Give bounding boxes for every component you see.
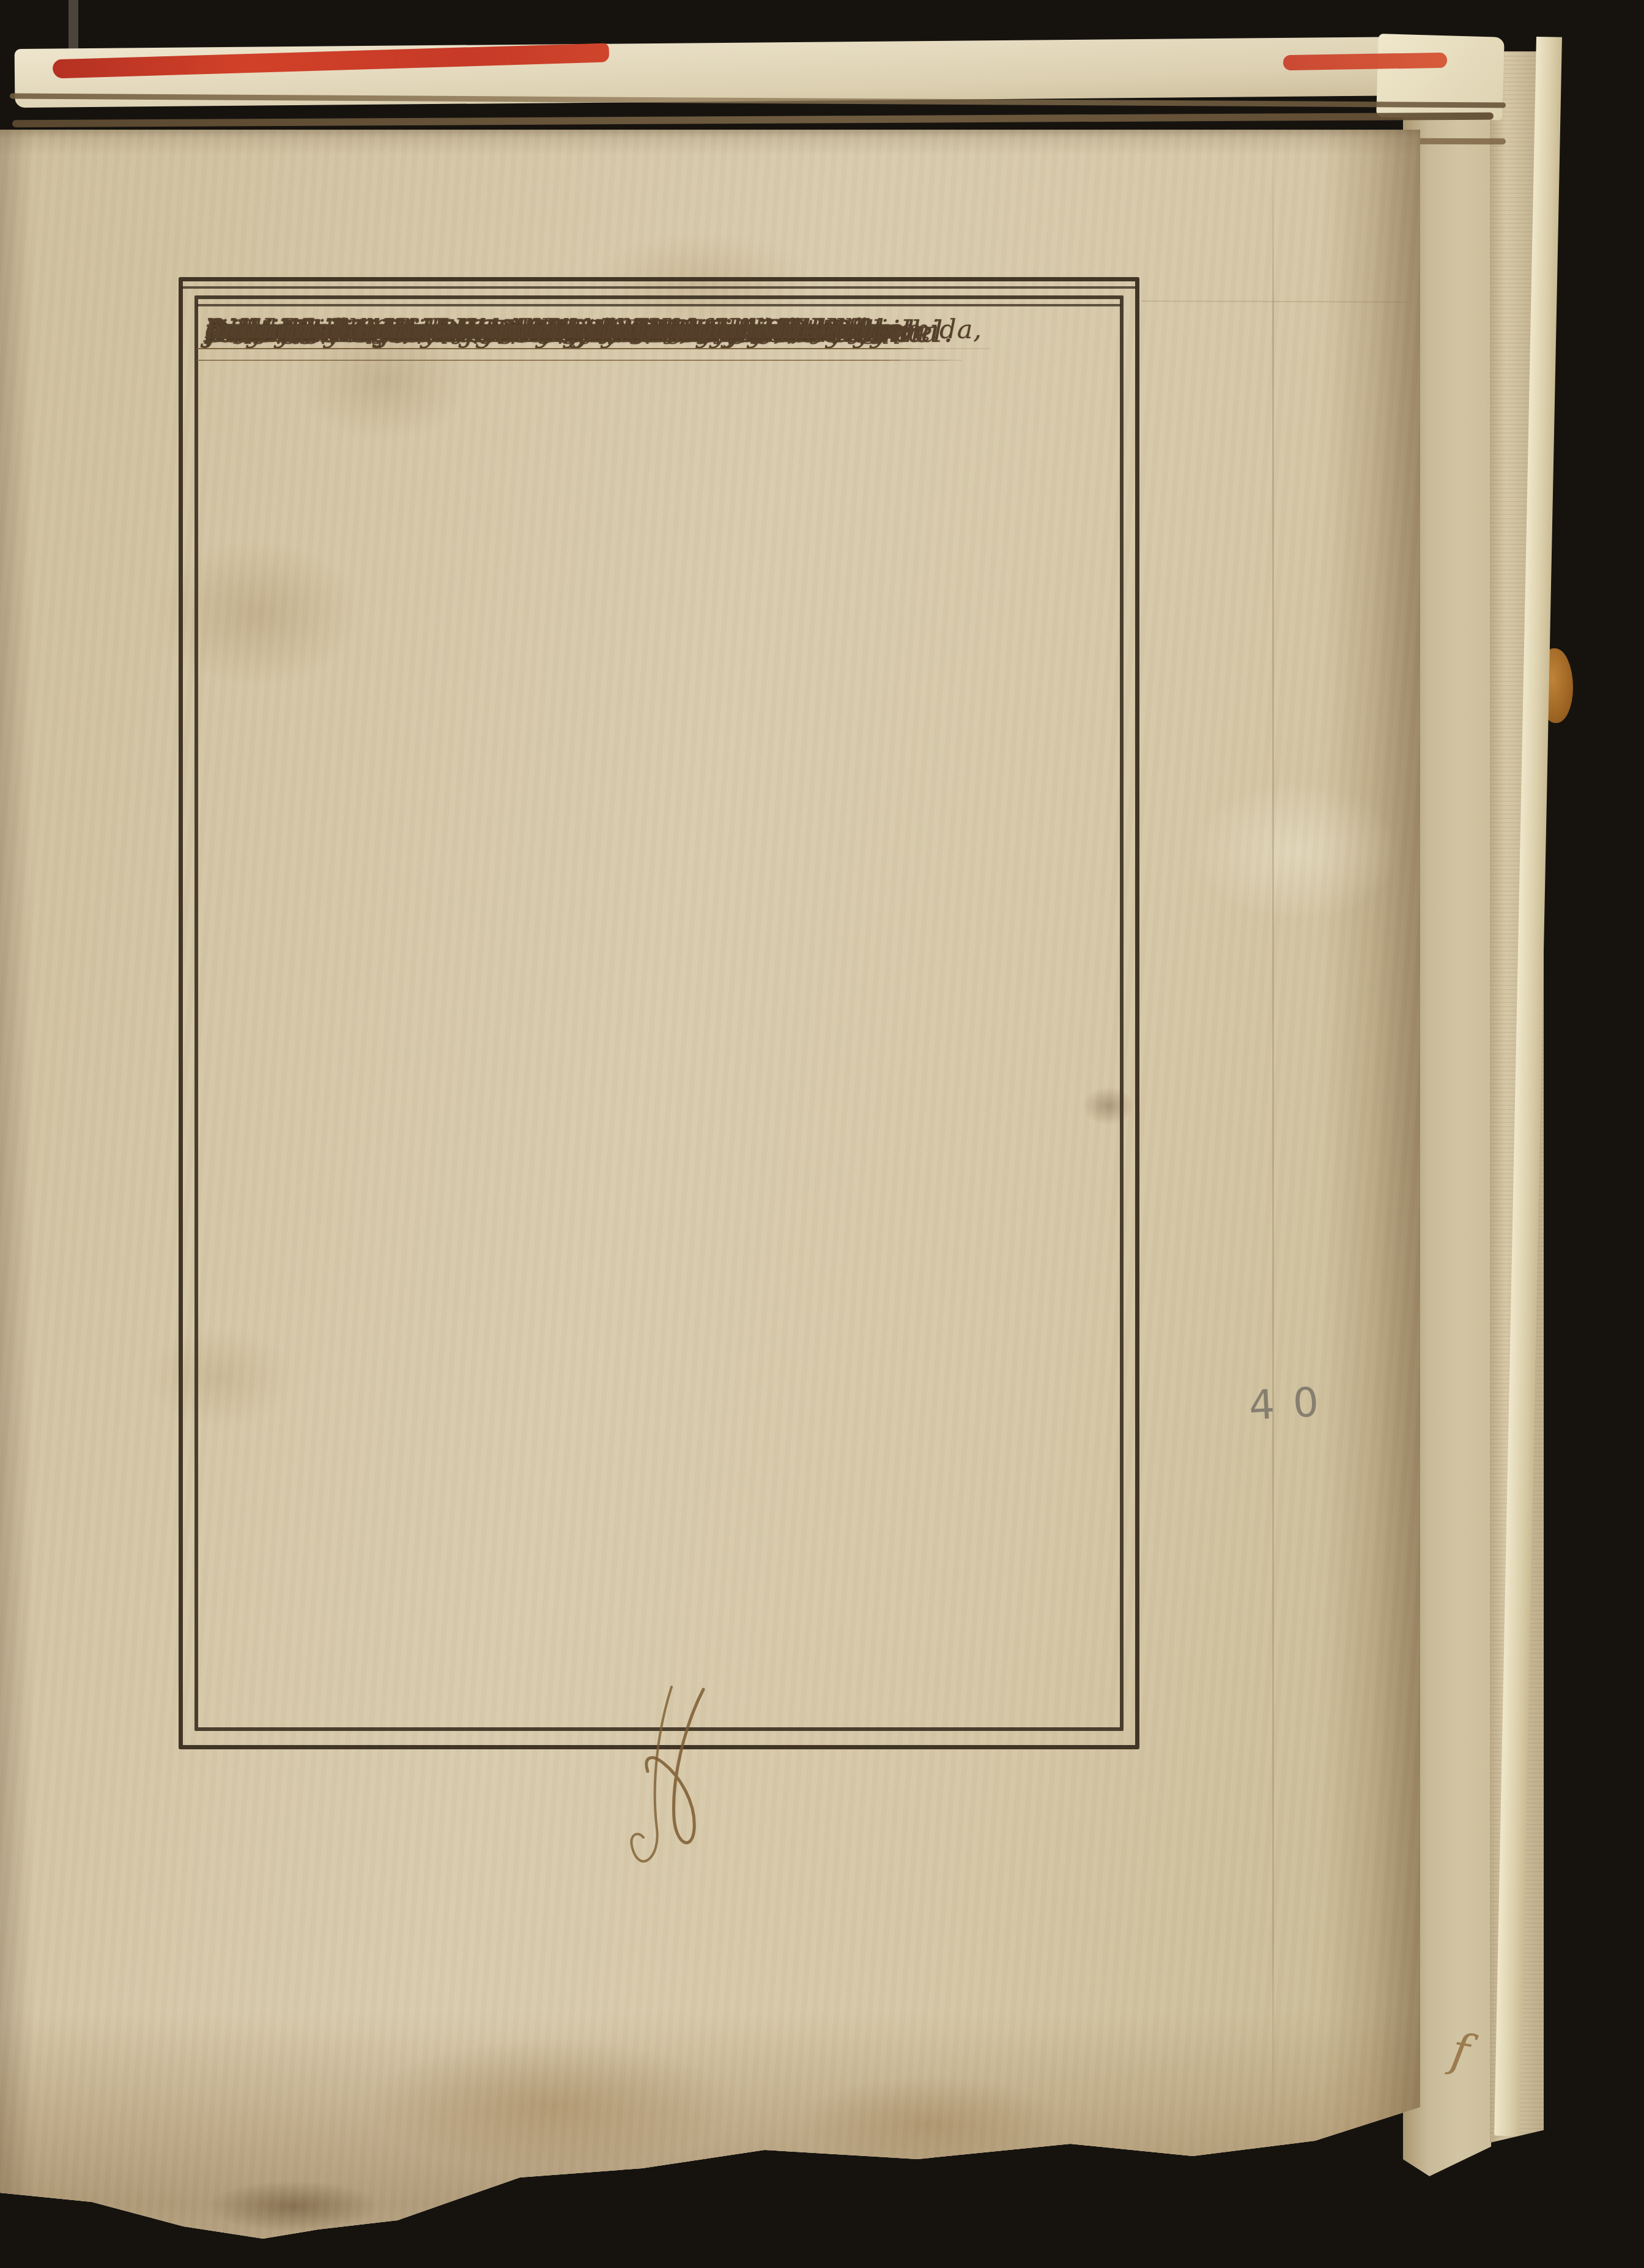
scanned-manuscript-view: Joan de Vaçan vizconde de Palacios basal… — [0, 0, 1644, 2268]
edge-shadow-line — [12, 113, 1494, 128]
manuscript-line: mino probatorio conque las dichas partes… — [206, 314, 884, 355]
red-edge-paint-patch — [1283, 53, 1447, 70]
rubric-flourish-icon — [613, 1686, 729, 1888]
text-frame-inner — [194, 295, 1124, 1731]
folio-number: 40 — [1248, 1377, 1338, 1429]
vertical-crease — [1272, 147, 1274, 2144]
